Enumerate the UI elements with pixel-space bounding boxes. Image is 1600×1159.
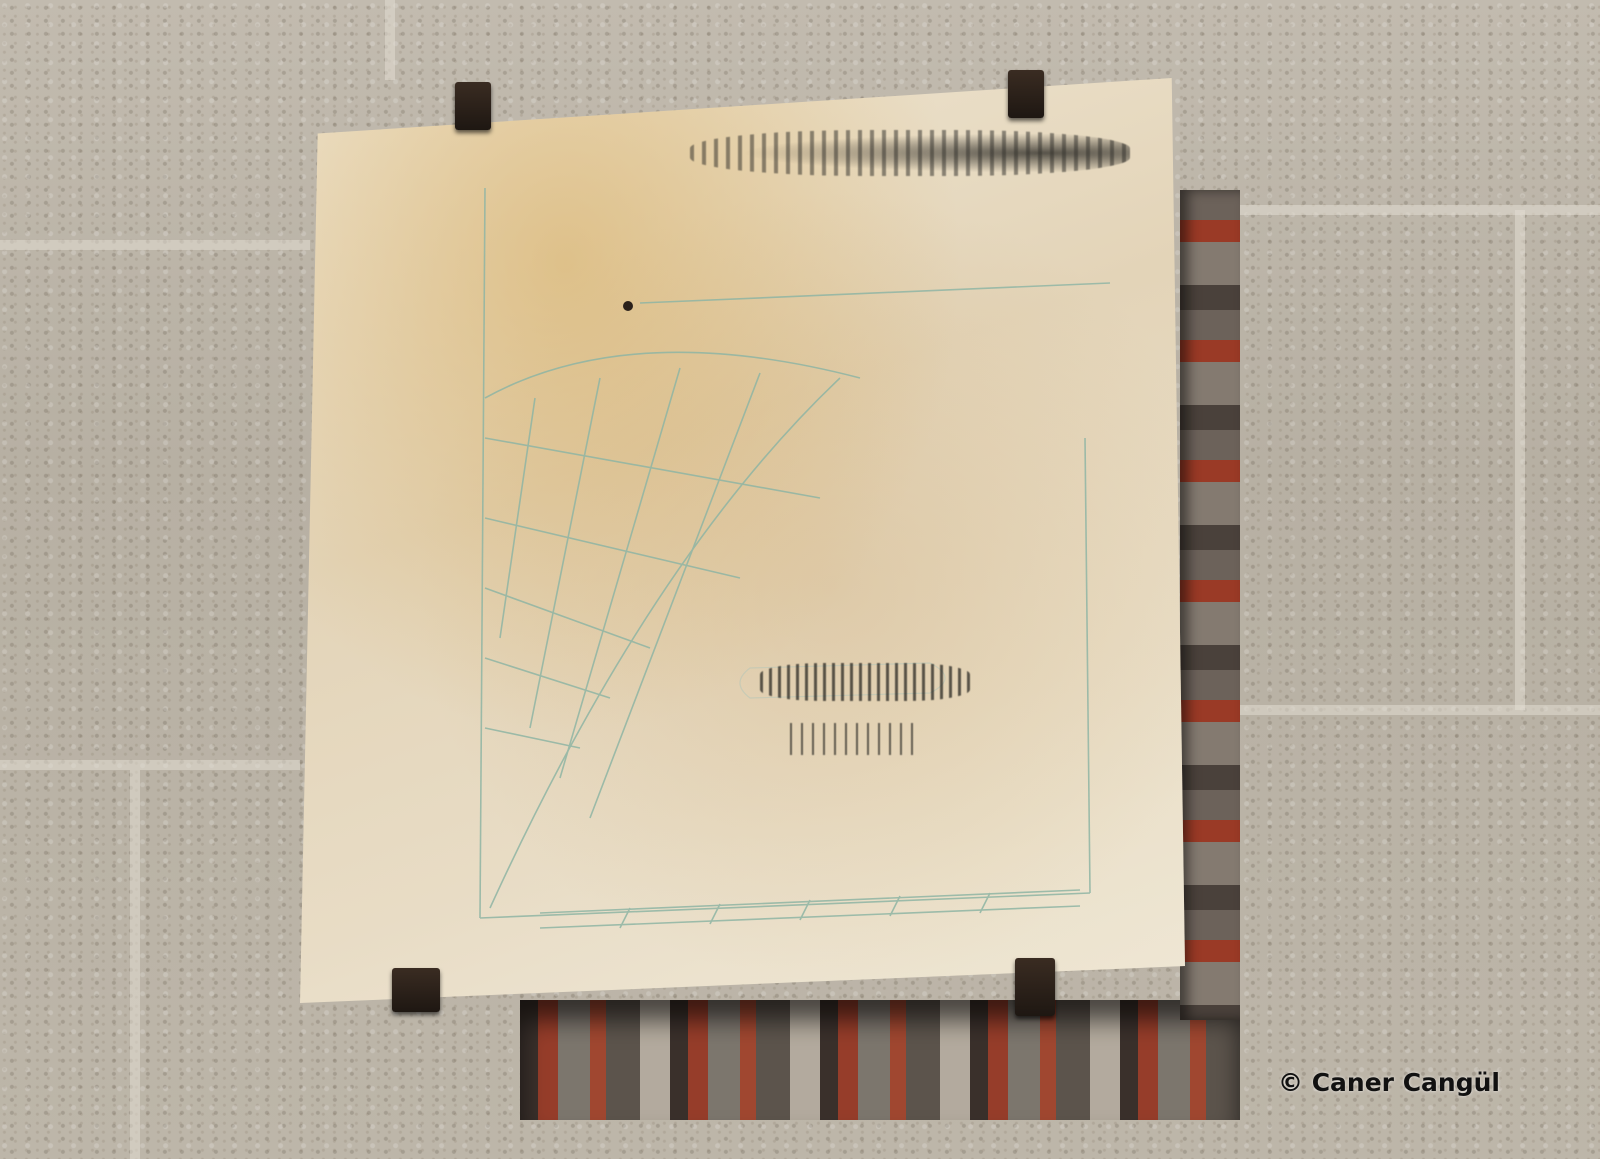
copyright-watermark: © Caner Cangül (1278, 1068, 1500, 1097)
mortar-joint (385, 0, 395, 80)
iron-bracket (455, 82, 491, 130)
exposed-rubble (1180, 190, 1240, 1020)
iron-bracket (392, 968, 440, 1012)
mortar-joint (0, 760, 300, 770)
mortar-joint (1515, 210, 1525, 710)
iron-bracket (1015, 958, 1055, 1016)
exposed-brick (520, 1000, 1240, 1120)
lower-inscription (790, 723, 920, 755)
middle-inscription (760, 663, 970, 701)
iron-bracket (1008, 70, 1044, 118)
mortar-joint (1230, 705, 1600, 715)
sundial-plate (300, 78, 1185, 1003)
mortar-joint (0, 240, 310, 250)
sundial-engraving (300, 78, 1185, 1003)
mortar-joint (1230, 205, 1600, 215)
top-inscription (690, 130, 1130, 176)
mortar-joint (130, 770, 140, 1159)
